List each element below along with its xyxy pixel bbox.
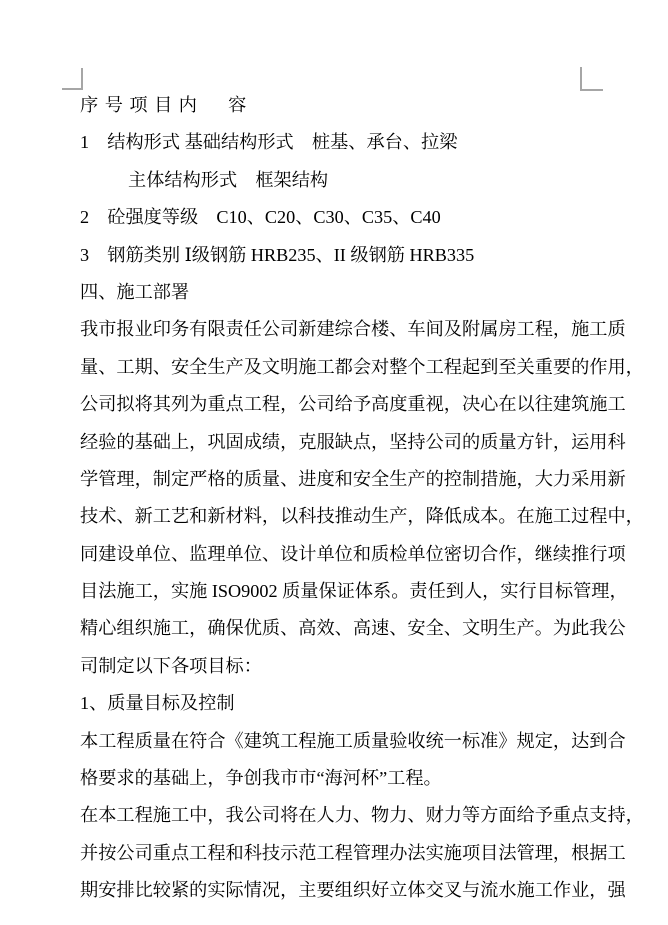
document-text-block: 序号项目内 容 1 结构形式 基础结构形式 桩基、承台、拉梁 主体结构形式 框架… bbox=[80, 87, 655, 910]
table-row-rebar-class: 3 钢筋类别 Ⅰ级钢筋 HRB235、II 级钢筋 HRB335 bbox=[80, 237, 655, 274]
document-page[interactable]: 序号项目内 容 1 结构形式 基础结构形式 桩基、承台、拉梁 主体结构形式 框架… bbox=[0, 0, 668, 925]
body-line: 司制定以下各项目标： bbox=[80, 648, 655, 685]
body-line: 技术、新工艺和新材料，以科技推动生产，降低成本。在施工过程中， bbox=[80, 498, 655, 535]
section-heading-4: 四、施工部署 bbox=[80, 274, 655, 311]
table-row-concrete-grade: 2 砼强度等级 C10、C20、C30、C35、C40 bbox=[80, 199, 655, 236]
subsection-heading-quality: 1、质量目标及控制 bbox=[80, 685, 655, 722]
table-row-structure-type: 1 结构形式 基础结构形式 桩基、承台、拉梁 bbox=[80, 124, 655, 161]
body-line: 期安排比较紧的实际情况，主要组织好立体交叉与流水施工作业，强 bbox=[80, 872, 655, 909]
body-line: 在本工程施工中，我公司将在人力、物力、财力等方面给予重点支持， bbox=[80, 797, 655, 834]
body-line: 学管理，制定严格的质量、进度和安全生产的控制措施，大力采用新 bbox=[80, 461, 655, 498]
body-line: 目法施工，实施 ISO9002 质量保证体系。责任到人，实行目标管理， bbox=[80, 573, 655, 610]
body-line: 我市报业印务有限责任公司新建综合楼、车间及附属房工程，施工质 bbox=[80, 311, 655, 348]
body-line: 本工程质量在符合《建筑工程施工质量验收统一标准》规定，达到合 bbox=[80, 723, 655, 760]
body-line: 量、工期、安全生产及文明施工都会对整个工程起到至关重要的作用， bbox=[80, 349, 655, 386]
body-line: 同建设单位、监理单位、设计单位和质检单位密切合作，继续推行项 bbox=[80, 536, 655, 573]
table-row-structure-cont: 主体结构形式 框架结构 bbox=[80, 162, 655, 199]
body-line: 并按公司重点工程和科技示范工程管理办法实施项目法管理，根据工 bbox=[80, 835, 655, 872]
body-line: 格要求的基础上，争创我市市“海河杯”工程。 bbox=[80, 760, 655, 797]
table-header-line: 序号项目内 容 bbox=[80, 87, 655, 124]
body-line: 精心组织施工，确保优质、高效、高速、安全、文明生产。为此我公 bbox=[80, 610, 655, 647]
body-line: 经验的基础上，巩固成绩，克服缺点，坚持公司的质量方针，运用科 bbox=[80, 424, 655, 461]
body-line: 公司拟将其列为重点工程，公司给予高度重视，决心在以往建筑施工 bbox=[80, 386, 655, 423]
